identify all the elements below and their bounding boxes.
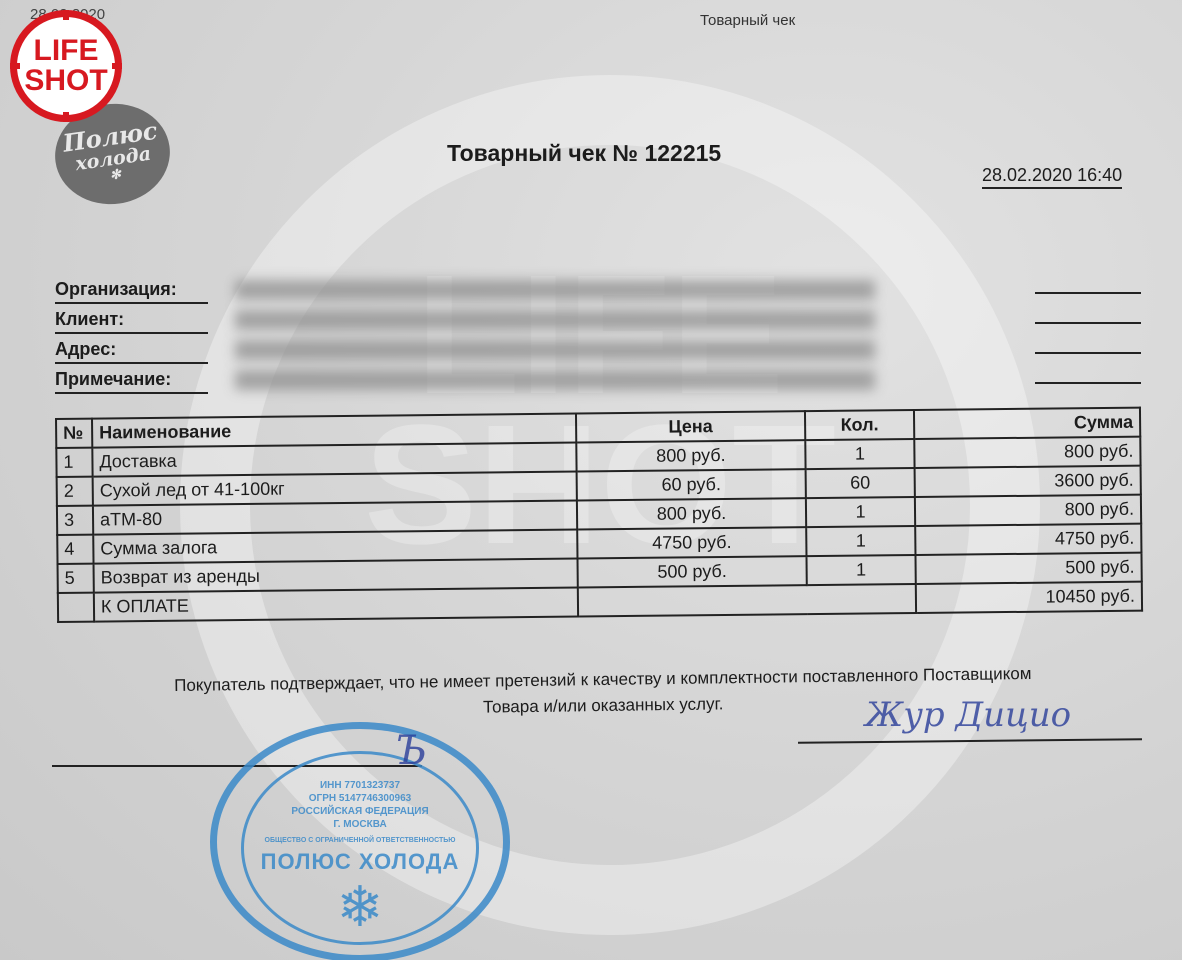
cell-price: 60 руб. [577, 469, 806, 500]
cell-qty: 1 [806, 555, 915, 585]
handwritten-signature: Жур Дицио [865, 695, 1071, 735]
cell-sum: 800 руб. [915, 495, 1141, 526]
cell-qty: 60 [806, 468, 915, 498]
total-empty-cell [578, 584, 916, 617]
redacted-value [235, 310, 875, 330]
field-organization: Организация: [55, 276, 1145, 306]
document-datetime: 28.02.2020 16:40 [982, 165, 1122, 189]
badge-line-1: LIFE [34, 36, 99, 66]
cell-price: 800 руб. [577, 498, 806, 529]
cell-qty: 1 [805, 439, 914, 469]
cell-num: 4 [57, 535, 93, 564]
cell-sum: 800 руб. [914, 437, 1140, 468]
field-underline [1035, 322, 1141, 324]
cell-num: 3 [57, 506, 93, 535]
field-label: Адрес: [55, 339, 208, 364]
header-num: № [56, 419, 92, 448]
header-qty: Кол. [805, 410, 914, 440]
total-num-cell [58, 593, 94, 622]
field-label: Организация: [55, 279, 208, 304]
cell-sum: 3600 руб. [915, 466, 1141, 497]
info-fields: Организация: Клиент: Адрес: Примечание: [55, 276, 1145, 396]
cell-num: 1 [56, 448, 92, 477]
field-label: Клиент: [55, 309, 208, 334]
cell-qty: 1 [806, 526, 915, 556]
field-note: Примечание: [55, 366, 1145, 396]
total-value: 10450 руб. [916, 582, 1142, 613]
cell-num: 5 [58, 564, 94, 593]
cell-price: 500 руб. [578, 556, 807, 587]
stamp-company-name: ПОЛЮС ХОЛОДА [217, 849, 503, 875]
field-underline [1035, 352, 1141, 354]
receipt-document: LIFE SHOT 28.02.2020 Товарный чек Полюс … [0, 0, 1182, 960]
stamp-details: ИНН 7701323737 ОГРН 5147746300963 РОССИЙ… [217, 779, 503, 831]
redacted-value [235, 370, 875, 390]
badge-line-2: SHOT [24, 66, 107, 96]
field-label: Примечание: [55, 369, 208, 394]
cell-price: 4750 руб. [577, 527, 806, 558]
handwritten-initial: Ъ [395, 728, 427, 774]
stamp-country: РОССИЙСКАЯ ФЕДЕРАЦИЯ [217, 805, 503, 818]
cell-price: 800 руб. [576, 440, 805, 471]
header-price: Цена [576, 411, 805, 442]
stamp-inn: ИНН 7701323737 [217, 779, 503, 792]
cell-num: 2 [57, 477, 93, 506]
field-client: Клиент: [55, 306, 1145, 336]
print-header-title: Товарный чек [700, 12, 795, 29]
cell-qty: 1 [806, 497, 915, 527]
stamp-ogrn: ОГРН 5147746300963 [217, 792, 503, 805]
field-underline [1035, 292, 1141, 294]
field-underline [1035, 382, 1141, 384]
cell-sum: 4750 руб. [915, 524, 1141, 555]
snowflake-icon: ✻ [109, 168, 122, 183]
snowflake-icon: ❄ [217, 877, 503, 937]
field-address: Адрес: [55, 336, 1145, 366]
document-title: Товарный чек № 122215 [447, 140, 721, 167]
lifeshot-logo-badge: LIFE SHOT [10, 10, 122, 122]
signature-line-right [798, 738, 1142, 744]
cell-sum: 500 руб. [915, 553, 1141, 584]
redacted-value [235, 340, 875, 360]
company-stamp: ИНН 7701323737 ОГРН 5147746300963 РОССИЙ… [210, 722, 510, 960]
redacted-value [235, 280, 875, 300]
stamp-org-type: ОБЩЕСТВО С ОГРАНИЧЕННОЙ ОТВЕТСТВЕННОСТЬЮ [217, 837, 503, 844]
total-label: К ОПЛАТЕ [94, 588, 578, 622]
stamp-city: Г. МОСКВА [217, 818, 503, 831]
header-sum: Сумма [914, 408, 1140, 439]
items-table: № Наименование Цена Кол. Сумма 1Доставка… [55, 407, 1143, 623]
